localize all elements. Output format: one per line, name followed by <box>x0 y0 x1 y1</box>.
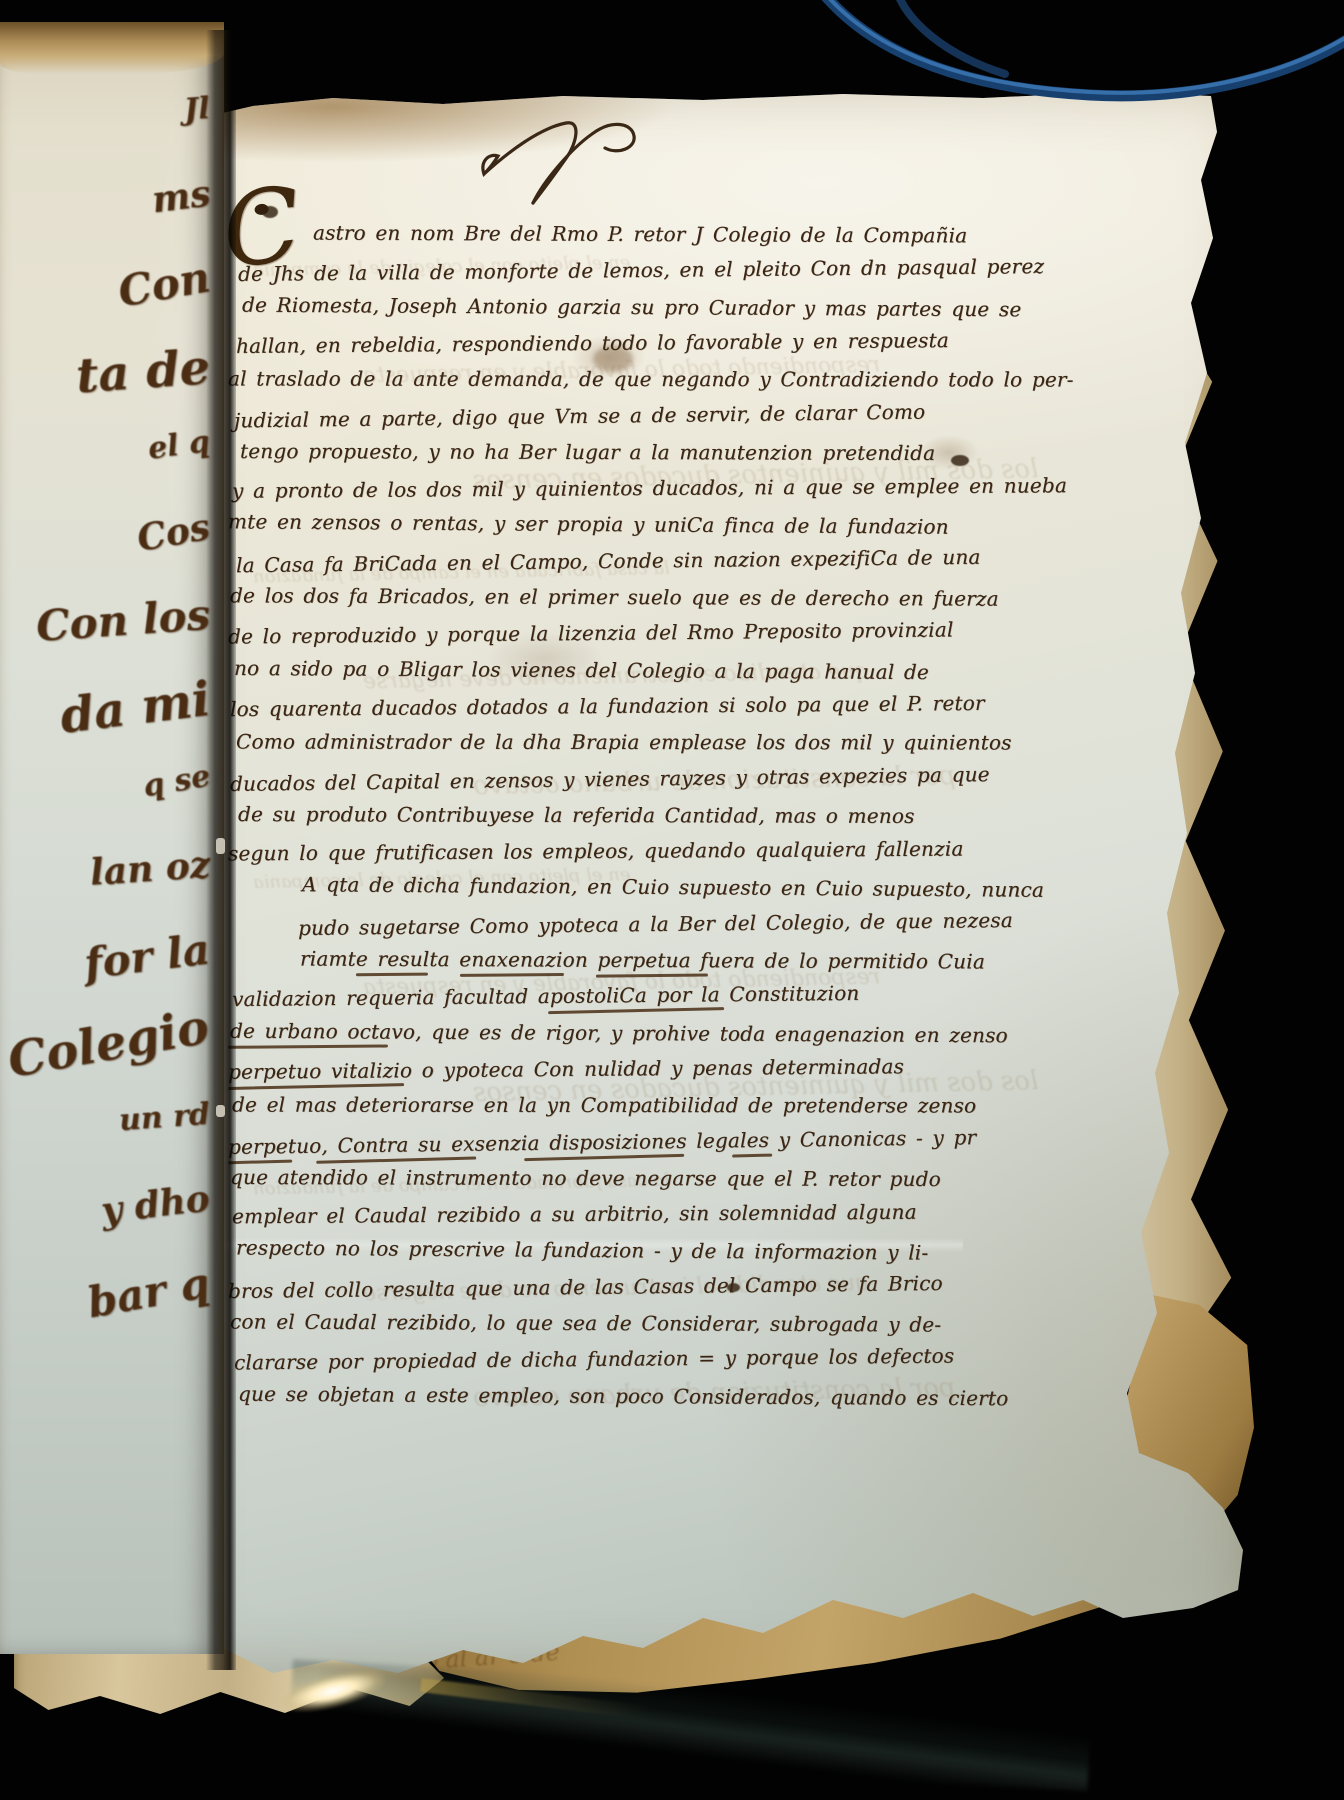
manuscript-line: riamte resulta enaxenazion perpetua fuer… <box>300 947 985 974</box>
underline-stroke <box>316 1156 476 1163</box>
photo-scene: de supedais pestar en oos ep al ar o de … <box>0 0 1344 1800</box>
manuscript-line: perpetuo, Contra su exsenzia disposizion… <box>228 1125 977 1159</box>
manuscript-line: astro en nom Bre del Rmo P. retor J Cole… <box>313 221 967 248</box>
left-page-fragment: q se <box>140 758 212 804</box>
manuscript-line: judizial me a parte, digo que Vm se a de… <box>234 399 926 432</box>
underline-stroke <box>228 1044 388 1048</box>
manuscript-line: no a sido pa o Bligar los vienes del Col… <box>234 656 929 684</box>
left-page-fragment: for la <box>81 925 212 989</box>
manuscript-page: C en el pleito con el colegio de la comp… <box>183 88 1247 1673</box>
manuscript-line: de lo reproduzido y porque la lizenzia d… <box>228 618 954 649</box>
manuscript-line: que se objetan a este empleo, son poco C… <box>238 1381 1009 1410</box>
manuscript-line: los quarenta ducados dotados a la fundaz… <box>230 691 985 721</box>
left-page-fragment: Con los <box>34 590 211 651</box>
manuscript-line: segun lo que frutificasen los empleos, q… <box>228 837 964 866</box>
manuscript-line: de los dos fa Bricados, en el primer sue… <box>230 583 999 610</box>
manuscript-line: que atendido el instrumento no deve nega… <box>230 1165 941 1191</box>
binding-stitch <box>216 838 225 854</box>
manuscript-line: la Casa fa BriCada en el Campo, Conde si… <box>236 544 981 576</box>
manuscript-line: con el Caudal rezibido, lo que sea de Co… <box>230 1309 941 1336</box>
left-page-head-edge <box>0 22 224 74</box>
underline-stroke <box>548 1007 724 1014</box>
left-page-fragment: Con <box>114 252 213 316</box>
left-page-fragment: el q <box>146 424 212 466</box>
left-page-fragment: Colegio <box>4 999 213 1089</box>
left-page-fragment: ta de <box>74 339 212 404</box>
left-page-fragment: un rd <box>118 1097 211 1138</box>
manuscript-line: emplear el Caudal rezibido a su arbitrio… <box>232 1200 917 1229</box>
binding-stitch <box>216 1105 225 1117</box>
manuscript-line: validazion requeria facultad apostoliCa … <box>232 981 860 1011</box>
left-page-fragment: bar q <box>84 1258 213 1328</box>
manuscript-line: y a pronto de los dos mil y quinientos d… <box>232 473 1067 503</box>
underline-stroke <box>228 1083 404 1090</box>
manuscript-line: A qta de dicha fundazion, en Cuio supues… <box>302 873 1044 903</box>
underline-stroke <box>228 1159 292 1164</box>
manuscript-line: respecto no los prescrive la fundazion -… <box>236 1236 929 1265</box>
manuscript-line: pudo sugetarse Como ypoteca a la Ber del… <box>298 908 1013 940</box>
manuscript-line: de el mas deteriorarse en la yn Compatib… <box>232 1093 976 1118</box>
left-page-fragment: da mi <box>57 671 213 745</box>
manuscript-line: de su produto Contribuyese la referida C… <box>238 802 915 828</box>
manuscript-line: bros del collo resulta que una de las Ca… <box>228 1271 943 1303</box>
manuscript-line: al traslado de la ante demanda, de que n… <box>228 367 1074 392</box>
left-page-fragment: Cos <box>134 506 213 560</box>
underline-stroke <box>732 1153 772 1157</box>
manuscript-line: tengo propuesto, y no ha Ber lugar a la … <box>240 439 935 465</box>
left-page-fragment: ms <box>149 173 212 222</box>
underline-stroke <box>524 1153 684 1160</box>
manuscript-line: mte en zensos o rentas, y ser propia y u… <box>228 510 949 539</box>
manuscript-line: de urbano octavo, que es de rigor, y pro… <box>230 1018 1008 1047</box>
left-page-fragment: y dho <box>99 1178 212 1233</box>
manuscript-line: clararse por propiedad de dicha fundazio… <box>234 1344 955 1375</box>
manuscript-line: de Riomesta, Joseph Antonio garzia su pr… <box>242 292 1022 321</box>
manuscript-line: Como administrador de la dha Brapia empl… <box>236 730 1012 755</box>
left-page-fragment: lan oz <box>89 844 212 894</box>
left-page-edge: JlmsConta deel qCosCon losda miq selan o… <box>0 34 224 1654</box>
rubric-flourish-icon <box>478 110 663 210</box>
